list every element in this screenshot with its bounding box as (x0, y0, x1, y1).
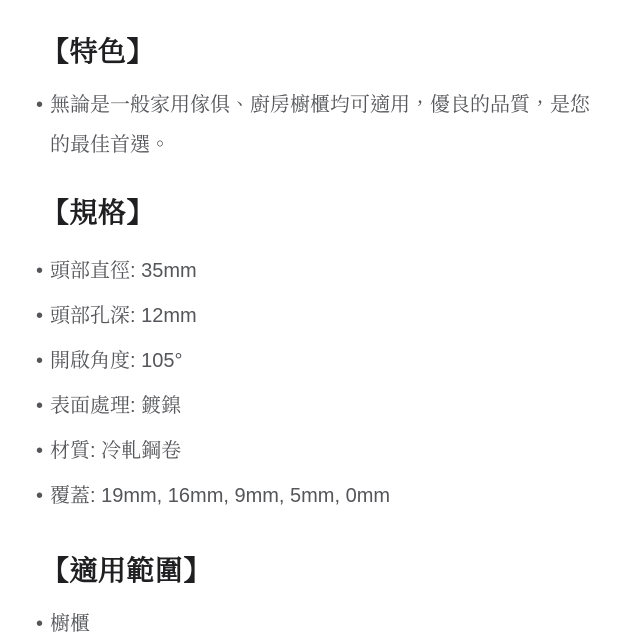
specs-list: 頭部直徑: 35mm 頭部孔深: 12mm 開啟角度: 105° 表面處理: 鍍… (0, 260, 640, 507)
section-features: 【特色】 無論是一般家用傢俱、廚房櫥櫃均可適用，優良的品質，是您的最佳首選。 (0, 35, 640, 165)
list-item: 無論是一般家用傢俱、廚房櫥櫃均可適用，優良的品質，是您的最佳首選。 (0, 85, 598, 165)
list-item: 頭部直徑: 35mm (0, 260, 640, 282)
list-item: 材質: 冷軋鋼卷 (0, 440, 640, 462)
list-item: 櫥櫃 (0, 613, 640, 635)
features-heading: 【特色】 (41, 35, 640, 69)
scope-list: 櫥櫃 (0, 613, 640, 635)
list-item: 表面處理: 鍍鎳 (0, 395, 640, 417)
list-item: 開啟角度: 105° (0, 350, 640, 372)
features-list: 無論是一般家用傢俱、廚房櫥櫃均可適用，優良的品質，是您的最佳首選。 (0, 85, 640, 165)
section-scope: 【適用範圍】 櫥櫃 (0, 554, 640, 635)
specs-heading: 【規格】 (41, 196, 640, 230)
section-specs: 【規格】 頭部直徑: 35mm 頭部孔深: 12mm 開啟角度: 105° 表面… (0, 196, 640, 507)
list-item: 頭部孔深: 12mm (0, 305, 640, 327)
list-item: 覆蓋: 19mm, 16mm, 9mm, 5mm, 0mm (0, 485, 640, 507)
product-description-page: 【特色】 無論是一般家用傢俱、廚房櫥櫃均可適用，優良的品質，是您的最佳首選。 【… (0, 0, 640, 640)
scope-heading: 【適用範圍】 (41, 554, 640, 588)
